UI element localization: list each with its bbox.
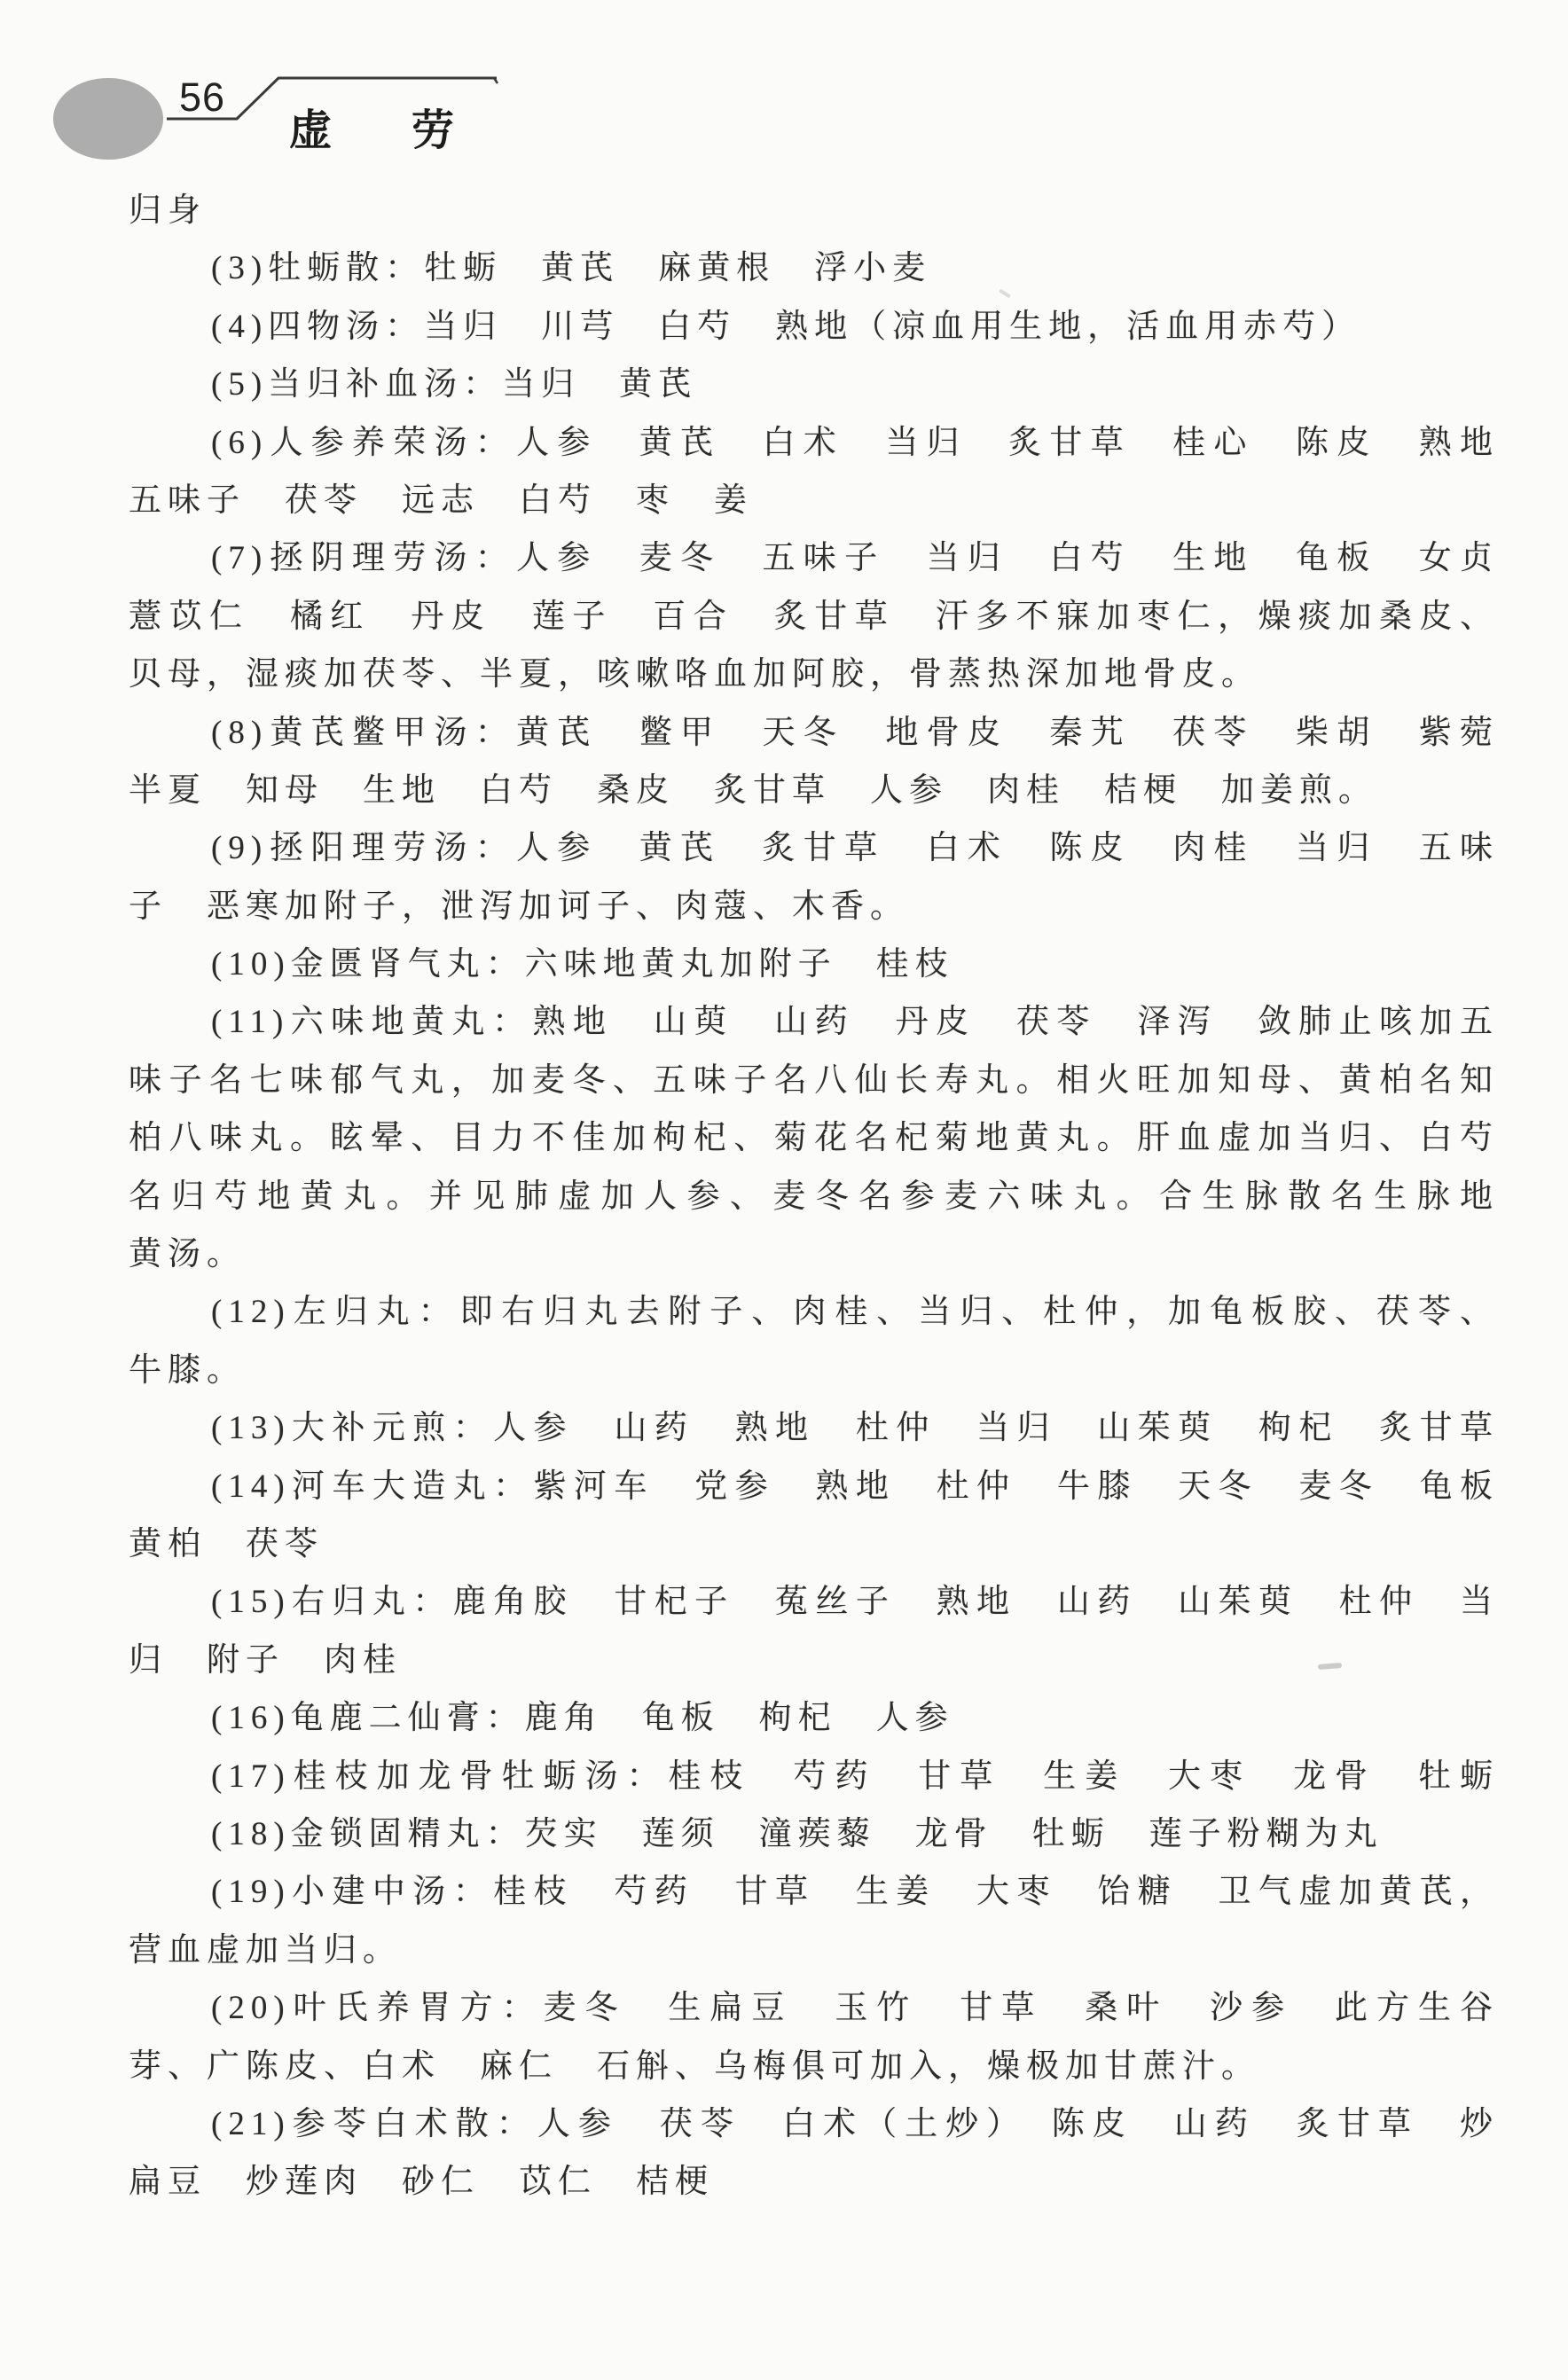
text-line: 味子名七味郁气丸，加麦冬、五味子名八仙长寿丸。相火旺加知母、黄柏名知 [129,1052,1499,1109]
header-rule [0,0,1568,195]
text-line: 薏苡仁 橘红 丹皮 莲子 百合 炙甘草 汗多不寐加枣仁，燥痰加桑皮、 [129,588,1499,646]
text-line: 黄汤。 [129,1225,1499,1283]
text-line: 半夏 知母 生地 白芍 桑皮 炙甘草 人参 肉桂 桔梗 加姜煎。 [129,762,1499,819]
page-number: 56 [179,74,225,121]
text-body: 归身(3)牡蛎散：牡蛎 黄芪 麻黄根 浮小麦(4)四物汤：当归 川芎 白芍 熟地… [129,182,1499,2212]
text-line: (13)大补元煎：人参 山药 熟地 杜仲 当归 山茱萸 枸杞 炙甘草 [129,1399,1499,1457]
text-line: (5)当归补血汤：当归 黄芪 [129,356,1499,413]
text-line: (19)小建中汤：桂枝 芍药 甘草 生姜 大枣 饴糖 卫气虚加黄芪， [129,1863,1499,1921]
text-line: (18)金锁固精丸：芡实 莲须 潼蒺藜 龙骨 牡蛎 莲子粉糊为丸 [129,1805,1499,1863]
text-line: 营血虚加当归。 [129,1922,1499,1979]
text-line: 归 附子 肉桂 [129,1632,1499,1689]
text-line: (15)右归丸：鹿角胶 甘杞子 菟丝子 熟地 山药 山茱萸 杜仲 当 [129,1573,1499,1631]
publisher-stamp-image [51,76,169,167]
text-line: (17)桂枝加龙骨牡蛎汤：桂枝 芍药 甘草 生姜 大枣 龙骨 牡蛎 [129,1748,1499,1805]
text-line: 扁豆 炒莲肉 砂仁 苡仁 桔梗 [129,2153,1499,2211]
text-line: 牛膝。 [129,1342,1499,1399]
text-line: (6)人参养荣汤：人参 黄芪 白术 当归 炙甘草 桂心 陈皮 熟地 [129,414,1499,472]
text-line: (8)黄芪鳖甲汤：黄芪 鳖甲 天冬 地骨皮 秦艽 茯苓 柴胡 紫菀 [129,704,1499,762]
text-line: (4)四物汤：当归 川芎 白芍 熟地（凉血用生地，活血用赤芍） [129,298,1499,356]
text-line: 名归芍地黄丸。并见肺虚加人参、麦冬名参麦六味丸。合生脉散名生脉地 [129,1168,1499,1225]
text-line: 子 恶寒加附子，泄泻加诃子、肉蔻、木香。 [129,878,1499,936]
text-line: (16)龟鹿二仙膏：鹿角 龟板 枸杞 人参 [129,1689,1499,1747]
text-line: 黄柏 茯苓 [129,1515,1499,1573]
text-line: 归身 [129,182,1499,239]
text-line: 贝母，湿痰加茯苓、半夏，咳嗽咯血加阿胶，骨蒸热深加地骨皮。 [129,646,1499,703]
text-line: (14)河车大造丸：紫河车 党参 熟地 杜仲 牛膝 天冬 麦冬 龟板 [129,1458,1499,1515]
text-line: 柏八味丸。眩晕、目力不佳加枸杞、菊花名杞菊地黄丸。肝血虚加当归、白芍 [129,1109,1499,1167]
text-line: (11)六味地黄丸：熟地 山萸 山药 丹皮 茯苓 泽泻 敛肺止咳加五 [129,993,1499,1051]
text-line: (21)参苓白术散：人参 茯苓 白术（土炒） 陈皮 山药 炙甘草 炒 [129,2095,1499,2153]
text-line: (9)拯阳理劳汤：人参 黄芪 炙甘草 白术 陈皮 肉桂 当归 五味 [129,819,1499,877]
text-line: 芽、广陈皮、白术 麻仁 石斛、乌梅俱可加入，燥极加甘蔗汁。 [129,2038,1499,2095]
chapter-title: 虚 劳 [289,96,473,157]
text-line: 五味子 茯苓 远志 白芍 枣 姜 [129,472,1499,529]
text-line: (3)牡蛎散：牡蛎 黄芪 麻黄根 浮小麦 [129,239,1499,297]
text-line: (7)拯阴理劳汤：人参 麦冬 五味子 当归 白芍 生地 龟板 女贞 [129,529,1499,587]
text-line: (12)左归丸：即右归丸去附子、肉桂、当归、杜仲，加龟板胶、茯苓、 [129,1283,1499,1341]
text-line: (10)金匮肾气丸：六味地黄丸加附子 桂枝 [129,936,1499,993]
text-line: (20)叶氏养胃方：麦冬 生扁豆 玉竹 甘草 桑叶 沙参 此方生谷 [129,1979,1499,2037]
